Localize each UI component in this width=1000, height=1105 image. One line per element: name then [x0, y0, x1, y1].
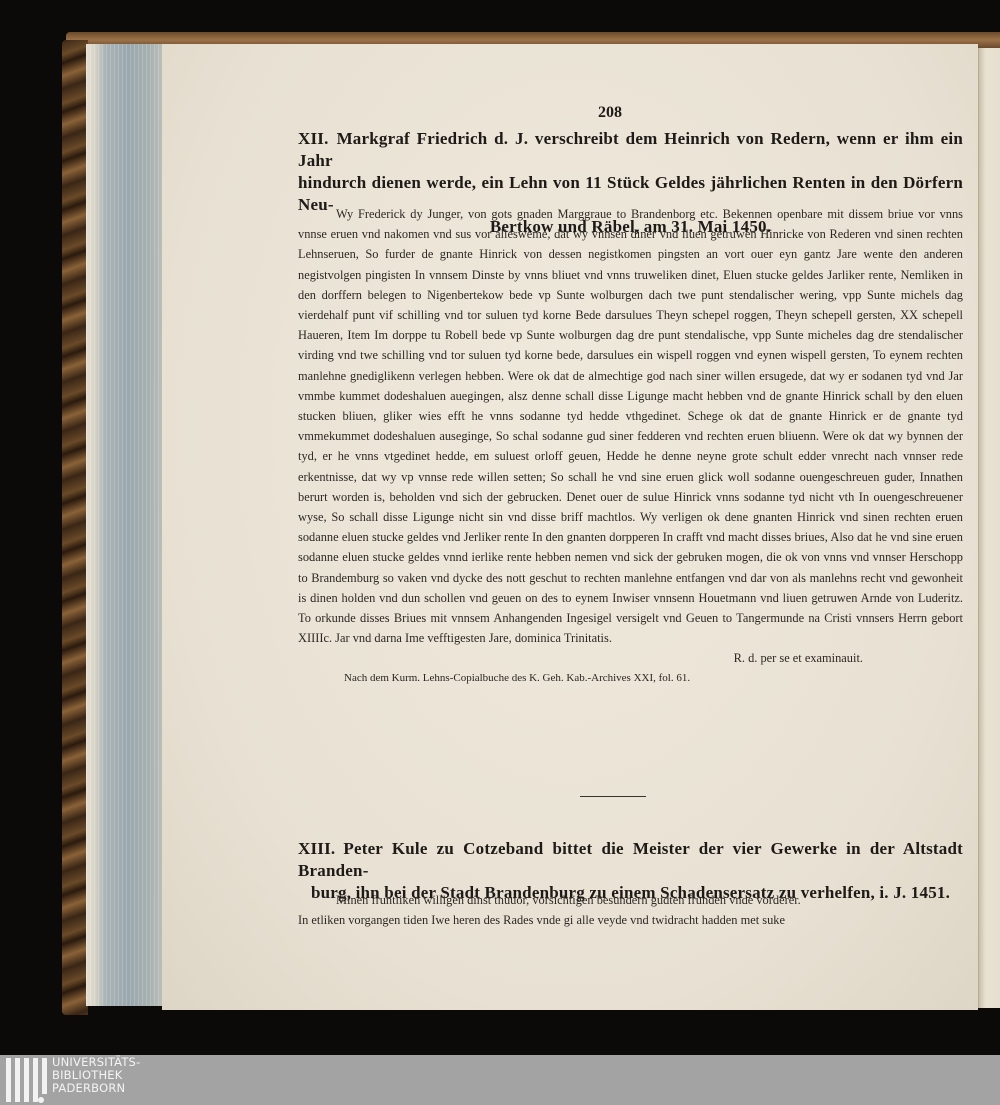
library-footer-bar [0, 1055, 1000, 1105]
section-xiii-body: Minen fruntliken willigen dinst thuuor, … [298, 890, 963, 930]
section-title-line: Markgraf Friedrich d. J. verschreibt dem… [298, 129, 963, 170]
document-paragraph: Wy Frederick dy Junger, von gots gnaden … [298, 204, 963, 648]
signature-line: R. d. per se et examinauit. [298, 648, 963, 668]
section-divider [580, 796, 646, 797]
section-numeral: XIII. [298, 839, 335, 858]
section-numeral: XII. [298, 129, 329, 148]
library-logo-text: UNIVERSITÄTS- BIBLIOTHEK PADERBORN [52, 1056, 140, 1095]
document-paragraph-line: In etliken vorgangen tiden Iwe heren des… [298, 910, 963, 930]
book-cover-spine-edge [62, 40, 88, 1015]
source-citation: Nach dem Kurm. Lehns-Copialbuche des K. … [298, 668, 963, 688]
section-title-line: Peter Kule zu Cotzeband bittet die Meist… [298, 839, 963, 880]
page-number: 208 [590, 104, 630, 122]
library-logo-dot-icon [38, 1097, 44, 1103]
document-paragraph-line: Minen fruntliken willigen dinst thuuor, … [298, 890, 963, 910]
page-block-edges [86, 44, 164, 1006]
library-name-line: PADERBORN [52, 1082, 140, 1095]
facing-page-edge [978, 48, 1000, 1008]
section-xii-body: Wy Frederick dy Junger, von gots gnaden … [298, 204, 963, 688]
